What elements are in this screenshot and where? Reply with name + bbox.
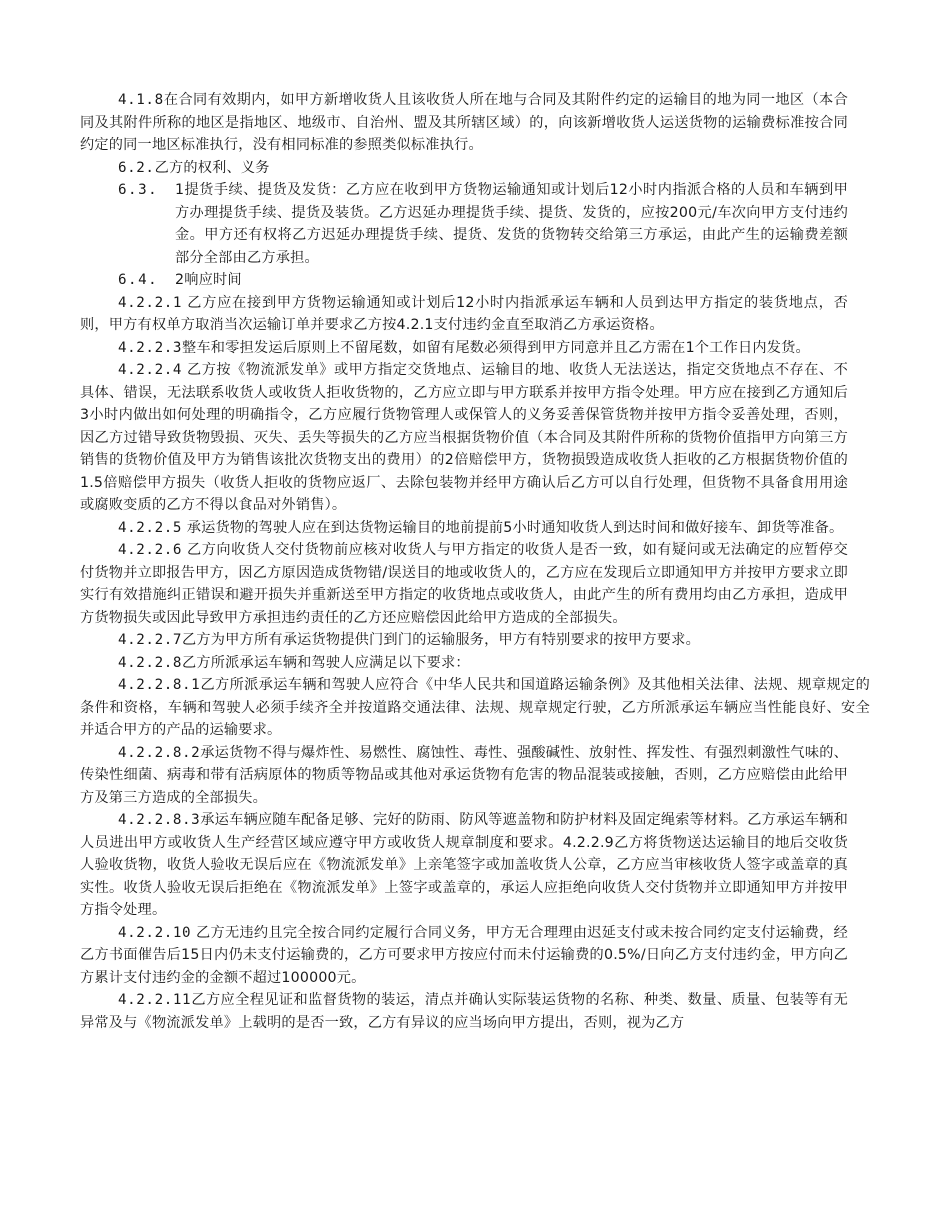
- clause-6-4: 6.4.2响应时间: [80, 269, 848, 292]
- clause-4-2-2-7: 4.2.2.7乙方为甲方所有承运货物提供门到门的运输服务，甲方有特别要求的按甲方…: [80, 629, 848, 652]
- clause-6-3: 6.3.1提货手续、提货及发货：乙方应在收到甲方货物运输通知或计划后12小时内指…: [80, 179, 848, 269]
- clause-4-2-2-8: 4.2.2.8乙方所派承运车辆和驾驶人应满足以下要求：: [80, 652, 848, 675]
- clause-4-2-2-8-2: 4.2.2.8.2承运货物不得与爆炸性、易燃性、腐蚀性、毒性、强酸碱性、放射性、…: [80, 742, 848, 810]
- clause-4-2-2-10: 4.2.2.10 乙方无违约且完全按合同约定履行合同义务，甲方无合理理由迟延支付…: [80, 922, 848, 990]
- clause-4-2-2-8-1: 4.2.2.8.1乙方所派承运车辆和驾驶人应符合《中华人民共和国道路运输条例》及…: [80, 674, 870, 742]
- clause-4-2-2-4: 4.2.2.4 乙方按《物流派发单》或甲方指定交货地点、运输目的地、收货人无法送…: [80, 359, 848, 517]
- clause-4-2-2-3: 4.2.2.3整车和零担发运后原则上不留尾数，如留有尾数必须得到甲方同意并且乙方…: [80, 337, 848, 360]
- clause-4-2-2-11: 4.2.2.11乙方应全程见证和监督货物的装运，清点并确认实际装运货物的名称、种…: [80, 989, 848, 1034]
- clause-4-2-2-6: 4.2.2.6 乙方向收货人交付货物前应核对收货人与甲方指定的收货人是否一致，如…: [80, 539, 848, 629]
- clause-4-2-2-5: 4.2.2.5 承运货物的驾驶人应在到达货物运输目的地前提前5小时通知收货人到达…: [80, 517, 848, 540]
- document-page: 4.1.8在合同有效期内，如甲方新增收货人且该收货人所在地与合同及其附件约定的运…: [80, 89, 848, 1034]
- section-heading-6-2: 6.2.乙方的权利、义务: [80, 157, 848, 180]
- clause-4-1-8: 4.1.8在合同有效期内，如甲方新增收货人且该收货人所在地与合同及其附件约定的运…: [80, 89, 848, 157]
- clause-4-2-2-1: 4.2.2.1 乙方应在接到甲方货物运输通知或计划后12小时内指派承运车辆和人员…: [80, 292, 848, 337]
- clause-4-2-2-8-3: 4.2.2.8.3承运车辆应随车配备足够、完好的防雨、防风等遮盖物和防护材料及固…: [80, 809, 848, 922]
